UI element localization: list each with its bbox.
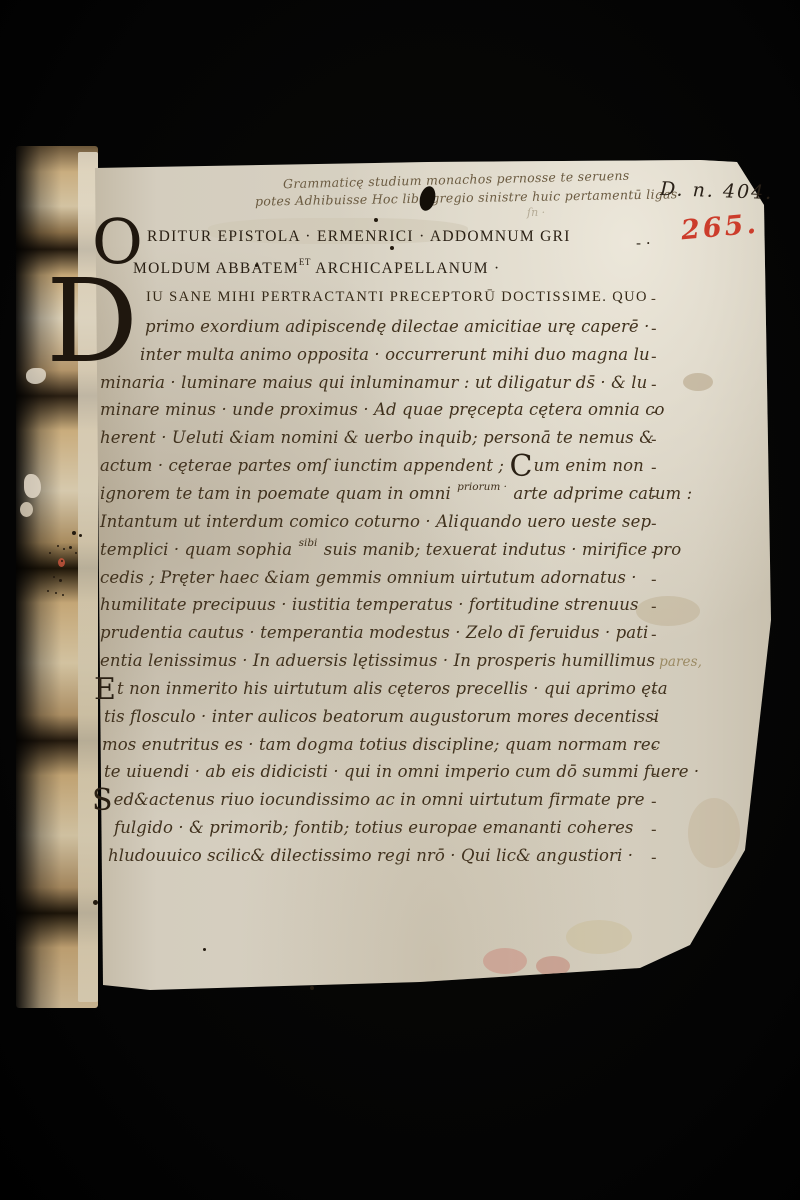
line-end-mark: - (651, 820, 657, 839)
title-line-1: RDITUR EPISTOLA · ERMENRICI · ADDOMNUM G… (147, 228, 571, 246)
manuscript-line: actum · cęterae partes omſ iunctim appen… (100, 456, 644, 480)
line-text: Intantum ut interdum comico coturno · Al… (100, 512, 651, 531)
line-end-mark: - (651, 681, 657, 700)
line-end-mark: - (651, 430, 657, 449)
ink-dot (374, 218, 378, 222)
ink-dot (203, 948, 206, 951)
line-text: humilitate precipuus · iustitia temperat… (100, 595, 639, 614)
margin-dot-mark (55, 592, 57, 594)
line-text: IU SANE MIHI PERTRACTANTI PRECEPTORŪ DOC… (146, 289, 648, 305)
margin-dot-mark (63, 548, 65, 550)
manuscript-line: te uiuendi · ab eis didicisti · qui in o… (104, 762, 699, 786)
manuscript-line: IU SANE MIHI PERTRACTANTI PRECEPTORŪ DOC… (146, 289, 648, 313)
shelfmark-annotation: D. n. 404. (660, 178, 774, 204)
margin-dot-mark (69, 546, 72, 549)
faint-bleedthrough-mark: ſn · (527, 206, 545, 219)
line-text: minare minus · unde proximus · Ad quae p… (100, 400, 665, 419)
line-text: primo exordium adipiscendę dilectae amic… (145, 317, 650, 336)
line-text: arte adprime catum : (508, 484, 692, 503)
title-superscript: ET (299, 257, 311, 267)
line-end-mark: - (651, 792, 657, 811)
margin-dot-mark (61, 560, 63, 562)
line-text: fulgido · & primorib; fontib; totius eur… (114, 818, 634, 837)
inline-initial: S (92, 791, 113, 811)
line-text: mos enutritus es · tam dogma totius disc… (102, 735, 660, 754)
ink-dot (93, 900, 98, 905)
title-line-end-mark: - · (636, 234, 651, 252)
line-text: actum · cęterae partes omſ iunctim appen… (100, 456, 509, 475)
ink-dot (255, 264, 258, 267)
margin-dot-mark (59, 579, 62, 582)
line-end-mark: - (651, 737, 657, 756)
margin-dot-mark (47, 590, 49, 592)
line-text: ignorem te tam in poemate quam in omni (100, 484, 456, 503)
manuscript-line: Intantum ut interdum comico coturno · Al… (100, 512, 651, 536)
line-text: cedis ; Pręter haec &iam gemmis omnium u… (100, 568, 637, 587)
manuscript-line: hludouuico scilic& dilectissimo regi nrō… (108, 846, 633, 870)
folio-number-red: 265. (680, 209, 760, 247)
manuscript-line: tis flosculo · inter aulicos beatorum au… (104, 707, 659, 731)
manuscript-photo: Grammaticę studium monachos pernosse te … (0, 0, 800, 1200)
line-end-mark: - (651, 514, 657, 533)
margin-dot-mark (72, 531, 76, 535)
line-end-mark: - (651, 375, 657, 394)
line-text: herent · Ueluti &iam nomini & uerbo inqu… (100, 428, 654, 447)
margin-dot-mark (49, 552, 51, 554)
manuscript-line: Et non inmerito his uirtutum alis cętero… (94, 679, 668, 703)
title-line-2-text: ARCHICAPELLANUM · (315, 260, 500, 277)
margin-dot-mark (53, 576, 55, 578)
inline-initial: C (509, 457, 532, 477)
manuscript-line: minaria · luminare maius qui inluminamur… (100, 373, 647, 397)
line-end-mark: - (651, 542, 657, 561)
margin-dot-mark (75, 552, 77, 554)
manuscript-line: templici · quam sophia sibi suis manib; … (100, 540, 681, 564)
line-text: inter multa animo opposita · occurrerunt… (140, 345, 650, 364)
line-text: suis manib; texuerat indutus · mirifice … (318, 540, 681, 559)
line-text: tis flosculo · inter aulicos beatorum au… (104, 707, 659, 726)
manuscript-line: herent · Ueluti &iam nomini & uerbo inqu… (100, 428, 654, 452)
manuscript-line: minare minus · unde proximus · Ad quae p… (100, 400, 665, 424)
margin-dot-mark (62, 594, 64, 596)
manuscript-line: entia lenissimus · In aduersis lętissimu… (100, 651, 702, 675)
line-end-mark: - (651, 319, 657, 338)
line-end-mark: - (651, 597, 657, 616)
manuscript-line: inter multa animo opposita · occurrerunt… (140, 345, 650, 369)
ink-blot (417, 185, 438, 213)
text-layer: Grammaticę studium monachos pernosse te … (0, 0, 800, 1200)
manuscript-line: humilitate precipuus · iustitia temperat… (100, 595, 639, 619)
line-text: t non inmerito his uirtutum alis cęteros… (117, 679, 668, 698)
marginal-addition: pares, (659, 654, 702, 670)
manuscript-line: prudentia cautus · temperantia modestus … (100, 623, 648, 647)
manuscript-line: Sed&actenus riuo iocundissimo ac in omni… (92, 790, 645, 814)
line-end-mark: - (651, 347, 657, 366)
line-end-mark: - (651, 570, 657, 589)
inline-initial: E (94, 680, 116, 700)
margin-dot-mark (79, 534, 82, 537)
manuscript-line: cedis ; Pręter haec &iam gemmis omnium u… (100, 568, 637, 592)
line-end-mark: - (651, 848, 657, 867)
title-line-2-text: MOLDUM ABBATEM (133, 260, 299, 277)
line-text: prudentia cautus · temperantia modestus … (100, 623, 648, 642)
manuscript-line: mos enutritus es · tam dogma totius disc… (102, 735, 660, 759)
manuscript-line: fulgido · & primorib; fontib; totius eur… (114, 818, 634, 842)
ink-dot (390, 246, 394, 250)
line-end-mark: - (651, 402, 657, 421)
manuscript-line: ignorem te tam in poemate quam in omni p… (100, 484, 692, 508)
line-text: te uiuendi · ab eis didicisti · qui in o… (104, 762, 699, 781)
line-text: um enim non (534, 456, 644, 475)
manuscript-line: primo exordium adipiscendę dilectae amic… (145, 317, 650, 341)
line-text: minaria · luminare maius qui inluminamur… (100, 373, 647, 392)
margin-dot-mark (57, 545, 59, 547)
line-end-mark: - (651, 709, 657, 728)
line-text: hludouuico scilic& dilectissimo regi nrō… (108, 846, 633, 865)
line-text: templici · quam sophia (100, 540, 298, 559)
line-text: entia lenissimus · In aduersis lętissimu… (100, 651, 655, 670)
drop-cap-initial: D (46, 272, 138, 372)
line-end-mark: - (651, 458, 657, 477)
line-end-mark: - (651, 486, 657, 505)
line-end-mark: - (651, 764, 657, 783)
line-end-mark: - (651, 625, 657, 644)
interlinear-gloss: priorum · (457, 481, 507, 493)
ink-dot (310, 986, 314, 990)
line-text: ed&actenus riuo iocundissimo ac in omni … (114, 790, 645, 809)
line-end-mark: - (651, 291, 657, 308)
title-line-2: MOLDUM ABBATEMET ARCHICAPELLANUM · (133, 257, 501, 278)
interlinear-gloss: sibi (299, 537, 318, 549)
